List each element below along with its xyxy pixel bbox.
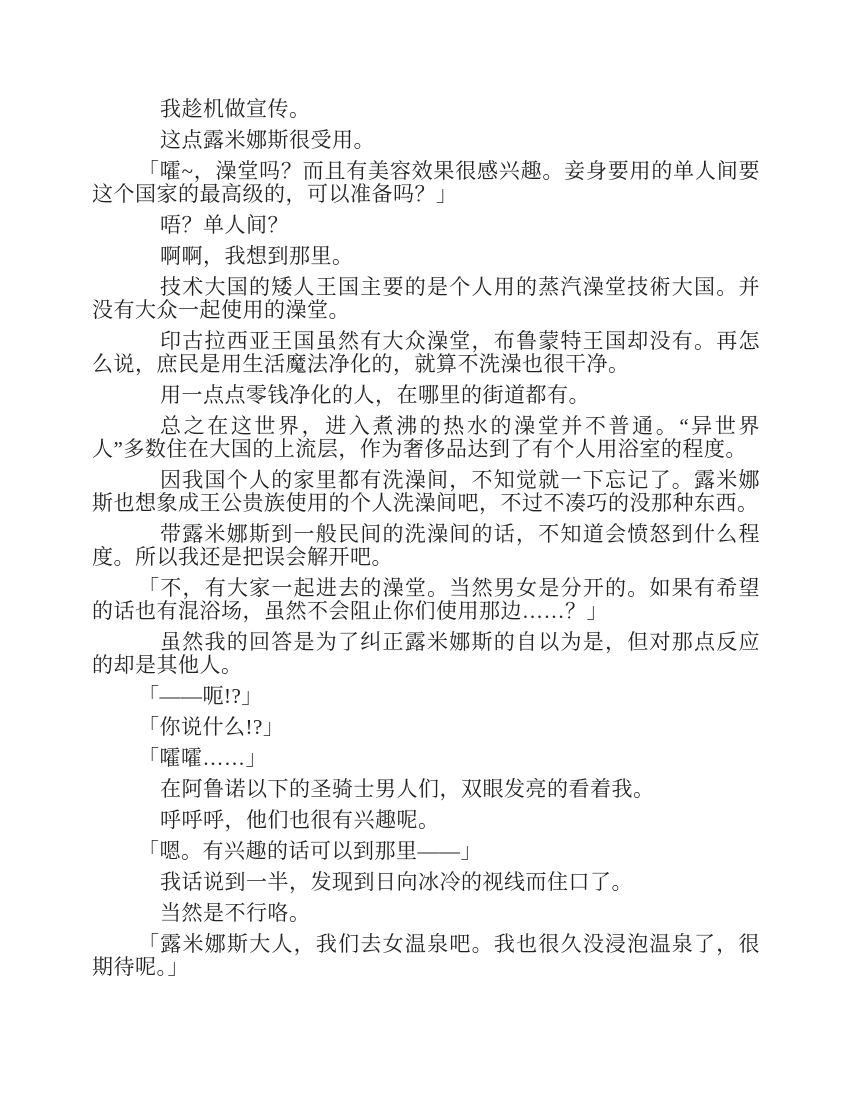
paragraph-dialogue: 「嚯嚯……」 bbox=[92, 747, 760, 770]
paragraph-narration: 用一点点零钱净化的人，在哪里的街道都有。 bbox=[92, 384, 760, 407]
paragraph-dialogue: 「露米娜斯大人，我们去女温泉吧。我也很久没浸泡温泉了，很期待呢。」 bbox=[92, 933, 760, 979]
paragraph-narration: 这点露米娜斯很受用。 bbox=[92, 129, 760, 152]
paragraph-narration: 技术大国的矮人王国主要的是个人用的蒸汽澡堂技術大国。并没有大众一起使用的澡堂。 bbox=[92, 276, 760, 322]
novel-page: 我趁机做宣传。这点露米娜斯很受用。「嚯~，澡堂吗？而且有美容效果很感兴趣。妾身要… bbox=[0, 0, 850, 1100]
paragraph-narration: 带露米娜斯到一般民间的洗澡间的话，不知道会愤怒到什么程度。所以我还是把误会解开吧… bbox=[92, 523, 760, 569]
paragraph-narration: 呼呼呼，他们也很有兴趣呢。 bbox=[92, 809, 760, 832]
paragraph-dialogue: 「你说什么!?」 bbox=[92, 716, 760, 739]
paragraph-narration: 总之在这世界，进入煮沸的热水的澡堂并不普通。“异世界人”多数住在大国的上流层，作… bbox=[92, 415, 760, 461]
paragraph-narration: 在阿鲁诺以下的圣骑士男人们，双眼发亮的看着我。 bbox=[92, 778, 760, 801]
paragraph-dialogue: 「嚯~，澡堂吗？而且有美容效果很感兴趣。妾身要用的单人间要这个国家的最高级的，可… bbox=[92, 160, 760, 206]
paragraph-narration: 因我国个人的家里都有洗澡间，不知觉就一下忘记了。露米娜斯也想象成王公贵族使用的个… bbox=[92, 469, 760, 515]
paragraph-dialogue: 「——呃!?」 bbox=[92, 685, 760, 708]
paragraph-narration: 虽然我的回答是为了纠正露米娜斯的自以为是，但对那点反应的却是其他人。 bbox=[92, 631, 760, 677]
paragraph-narration: 当然是不行咯。 bbox=[92, 902, 760, 925]
paragraph-narration: 唔？单人间？ bbox=[92, 214, 760, 237]
paragraph-dialogue: 「嗯。有兴趣的话可以到那里——」 bbox=[92, 840, 760, 863]
paragraph-narration: 啊啊，我想到那里。 bbox=[92, 245, 760, 268]
text-block: 我趁机做宣传。这点露米娜斯很受用。「嚯~，澡堂吗？而且有美容效果很感兴趣。妾身要… bbox=[92, 98, 760, 979]
paragraph-narration: 印古拉西亚王国虽然有大众澡堂，布鲁蒙特王国却没有。再怎么说，庶民是用生活魔法净化… bbox=[92, 330, 760, 376]
paragraph-narration: 我话说到一半，发现到日向冰冷的视线而住口了。 bbox=[92, 871, 760, 894]
paragraph-narration: 我趁机做宣传。 bbox=[92, 98, 760, 121]
paragraph-dialogue: 「不，有大家一起进去的澡堂。当然男女是分开的。如果有希望的话也有混浴场，虽然不会… bbox=[92, 577, 760, 623]
